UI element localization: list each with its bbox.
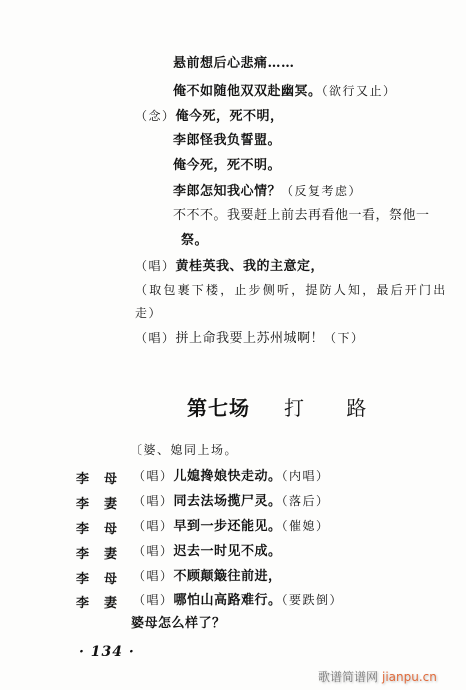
dialogue-line: （唱）早到一步还能见。（催媳） — [133, 518, 330, 535]
line-text: 李郎怪我负誓盟。 — [173, 133, 281, 148]
stage-direction: 走） — [135, 305, 162, 321]
line-text: 迟去一时见不成。 — [174, 544, 282, 559]
line-text: 祭。 — [181, 233, 208, 248]
book-page: 悬前想后心悲痛…… 俺不如随他双双赴幽冥。（欲行又止） （念）俺今死，死不明， … — [0, 0, 466, 690]
line-text: （取包裹下楼，止步侧听，提防人知，最后开门出 — [135, 283, 447, 297]
speaker-name: 李母 — [76, 568, 132, 587]
stage-note: （催媳） — [282, 519, 330, 533]
mode-label: （唱） — [133, 569, 174, 583]
line-text: 走） — [135, 306, 162, 320]
line-text: 俺今死，死不明。 — [173, 158, 281, 173]
dialogue-line: （唱）迟去一时见不成。 — [133, 543, 282, 560]
mode-label: （唱） — [135, 331, 176, 345]
speaker-role: 母 — [104, 468, 132, 487]
speaker-surname: 李 — [76, 493, 104, 512]
mode-label: （唱） — [133, 469, 174, 483]
speaker-name: 李妻 — [76, 543, 132, 562]
line-text: 悬前想后心悲痛…… — [173, 56, 295, 71]
speaker-role: 妻 — [104, 543, 132, 562]
line-text: 不顾颠簸往前进， — [174, 569, 282, 584]
speaker-surname: 李 — [76, 518, 104, 537]
verse-line: （唱）黄桂英我、我的主意定， — [135, 258, 324, 275]
mode-label: （唱） — [133, 519, 174, 533]
line-text: 不不不。我要赶上前去再看他一看，祭他一 — [173, 208, 430, 223]
line-text: 俺今死，死不明， — [176, 109, 284, 124]
stage-note: （要跌倒） — [282, 593, 344, 607]
speaker-surname: 李 — [76, 592, 104, 611]
verse-line: 俺不如随他双双赴幽冥。（欲行又止） — [173, 83, 397, 100]
verse-line: 李郎怎知我心情？（反复考虑） — [173, 183, 362, 200]
speaker-surname: 李 — [76, 543, 104, 562]
stage-direction: 〔婆、媳同上场。 — [130, 442, 238, 458]
speaker-role: 母 — [104, 568, 132, 587]
scene-number: 第七场 — [187, 396, 250, 420]
speaker-name: 李妻 — [76, 592, 132, 611]
dialogue-line: （唱）儿媳搀娘快走动。（内唱） — [133, 468, 330, 485]
line-text: 黄桂英我、我的主意定， — [176, 259, 325, 274]
line-text: 拼上命我要上苏州城啊！ — [176, 331, 325, 346]
watermark-url: jianpu.cn — [382, 670, 437, 684]
watermark: 歌谱简谱网jianpu.cn — [318, 668, 437, 685]
line-text: 儿媳搀娘快走动。 — [174, 469, 282, 484]
speaker-surname: 李 — [76, 568, 104, 587]
verse-line: 不不不。我要赶上前去再看他一看，祭他一 — [173, 208, 430, 224]
speaker-role: 妻 — [104, 592, 132, 611]
speaker-name: 李母 — [76, 518, 132, 537]
verse-line: 俺今死，死不明。 — [173, 158, 281, 174]
stage-note: （内唱） — [282, 469, 330, 483]
verse-line: 悬前想后心悲痛…… — [173, 56, 295, 72]
mode-label: （唱） — [133, 494, 174, 508]
mode-label: （唱） — [133, 544, 174, 558]
watermark-site-name: 歌谱简谱网 — [318, 670, 378, 684]
dialogue-line: （唱）同去法场揽尸灵。（落后） — [133, 493, 330, 510]
dialogue-line: 婆母怎么样了？ — [131, 616, 226, 632]
mode-label: （唱） — [133, 593, 174, 607]
speaker-role: 妻 — [104, 493, 132, 512]
mode-label: （念） — [135, 109, 176, 123]
line-text: 哪怕山高路难行。 — [174, 593, 282, 608]
mode-label: （唱） — [135, 259, 176, 273]
speaker-role: 母 — [104, 518, 132, 537]
dialogue-line: （唱）不顾颠簸往前进， — [133, 568, 282, 585]
scene-name: 打 路 — [284, 396, 384, 420]
line-text: 同去法场揽尸灵。 — [174, 494, 282, 509]
speaker-name: 李母 — [76, 468, 132, 487]
verse-line: （念）俺今死，死不明， — [135, 108, 284, 125]
stage-note: （落后） — [282, 494, 330, 508]
line-text: 俺不如随他双双赴幽冥。 — [173, 84, 322, 99]
line-text: 婆母怎么样了？ — [131, 616, 226, 631]
stage-note: （反复考虑） — [281, 184, 362, 198]
line-text: 李郎怎知我心情？ — [173, 184, 281, 199]
stage-note: （欲行又止） — [322, 84, 397, 98]
speaker-name: 李妻 — [76, 493, 132, 512]
verse-line: 李郎怪我负誓盟。 — [173, 133, 281, 149]
verse-line: 祭。 — [181, 233, 208, 249]
line-text: 〔婆、媳同上场。 — [130, 443, 238, 457]
page-number: · 134 · — [79, 644, 135, 660]
line-text: 早到一步还能见。 — [174, 519, 282, 534]
scene-title: 第七场打 路 — [187, 392, 384, 421]
stage-note: （下） — [324, 331, 365, 345]
verse-line: （唱）拼上命我要上苏州城啊！（下） — [135, 330, 365, 347]
dialogue-line: （唱）哪怕山高路难行。（要跌倒） — [133, 592, 343, 609]
speaker-surname: 李 — [76, 468, 104, 487]
stage-direction: （取包裹下楼，止步侧听，提防人知，最后开门出 — [135, 282, 447, 298]
